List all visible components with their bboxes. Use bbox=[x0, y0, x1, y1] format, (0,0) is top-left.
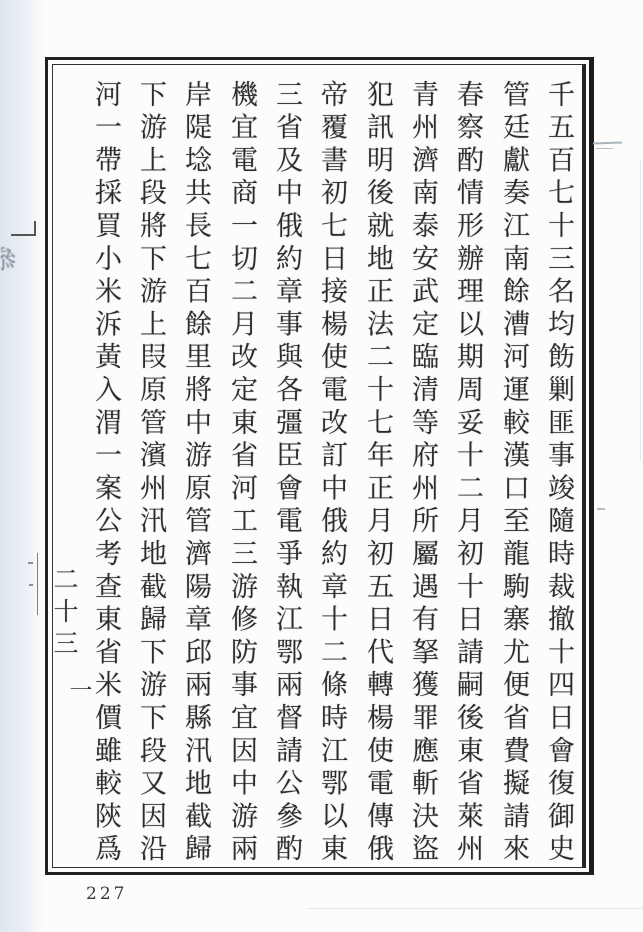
text-column-11: 河一帶採買小米泝黃入渭一案公考查東省米價雖較陝爲 bbox=[88, 80, 122, 880]
margin-scan-artifact bbox=[308, 908, 643, 909]
fold-bracket-mark bbox=[11, 221, 36, 236]
margin-scan-artifact bbox=[596, 148, 613, 149]
scanned-book-page: 千五百七十三名均飭剿匪事竣隨時裁撤十四日會復御史管廷獻奏江南餘漕河運較漢口至龍駒… bbox=[0, 0, 643, 932]
fold-dot-mark bbox=[28, 562, 33, 564]
text-column-10: 下游上段將下游上叚原管濱州汛地截歸下游下段又因沿 bbox=[133, 80, 167, 880]
folio-leaf-number: 二十三 bbox=[49, 566, 79, 662]
fold-dot-mark bbox=[29, 584, 33, 586]
folio-sub-mark: 一 bbox=[68, 672, 94, 705]
text-column-1: 千五百七十三名均飭剿匪事竣隨時裁撤十四日會復御史 bbox=[541, 80, 575, 880]
text-column-8: 機宜電商一切二月改定東省河工三游修防事宜因中游兩 bbox=[224, 80, 258, 880]
text-column-3: 春察酌情形辦理以期周妥十二月初十日請嗣後東省萊州 bbox=[450, 80, 484, 880]
page-fold-shadow bbox=[0, 0, 44, 932]
margin-scan-artifact bbox=[640, 160, 641, 460]
text-column-4: 青州濟南泰安武定臨清等府州所屬遇有拏獲罪應斬決盜 bbox=[405, 80, 439, 880]
text-column-5: 犯訊明後就地正法二十七年正月初五日代轉楊使電傳俄 bbox=[360, 80, 394, 880]
page-number: 227 bbox=[86, 884, 127, 904]
margin-scan-artifact bbox=[597, 508, 605, 510]
text-column-7: 三省及中俄約章事與各彊臣會電爭執江鄂兩督請公參酌 bbox=[269, 80, 303, 880]
fold-label-partial: 叅 bbox=[1, 246, 20, 326]
text-column-9: 岸隄埝共長七百餘里將中游原管濟陽章邱兩縣汛地截歸 bbox=[178, 80, 212, 880]
text-column-6: 帝覆書初七日接楊使電改訂中俄約章十二條時江鄂以東 bbox=[314, 80, 348, 880]
margin-scan-artifact bbox=[593, 141, 622, 144]
text-column-2: 管廷獻奏江南餘漕河運較漢口至龍駒寨尤便省費擬請來 bbox=[496, 80, 530, 880]
fold-line-mark bbox=[37, 553, 38, 615]
